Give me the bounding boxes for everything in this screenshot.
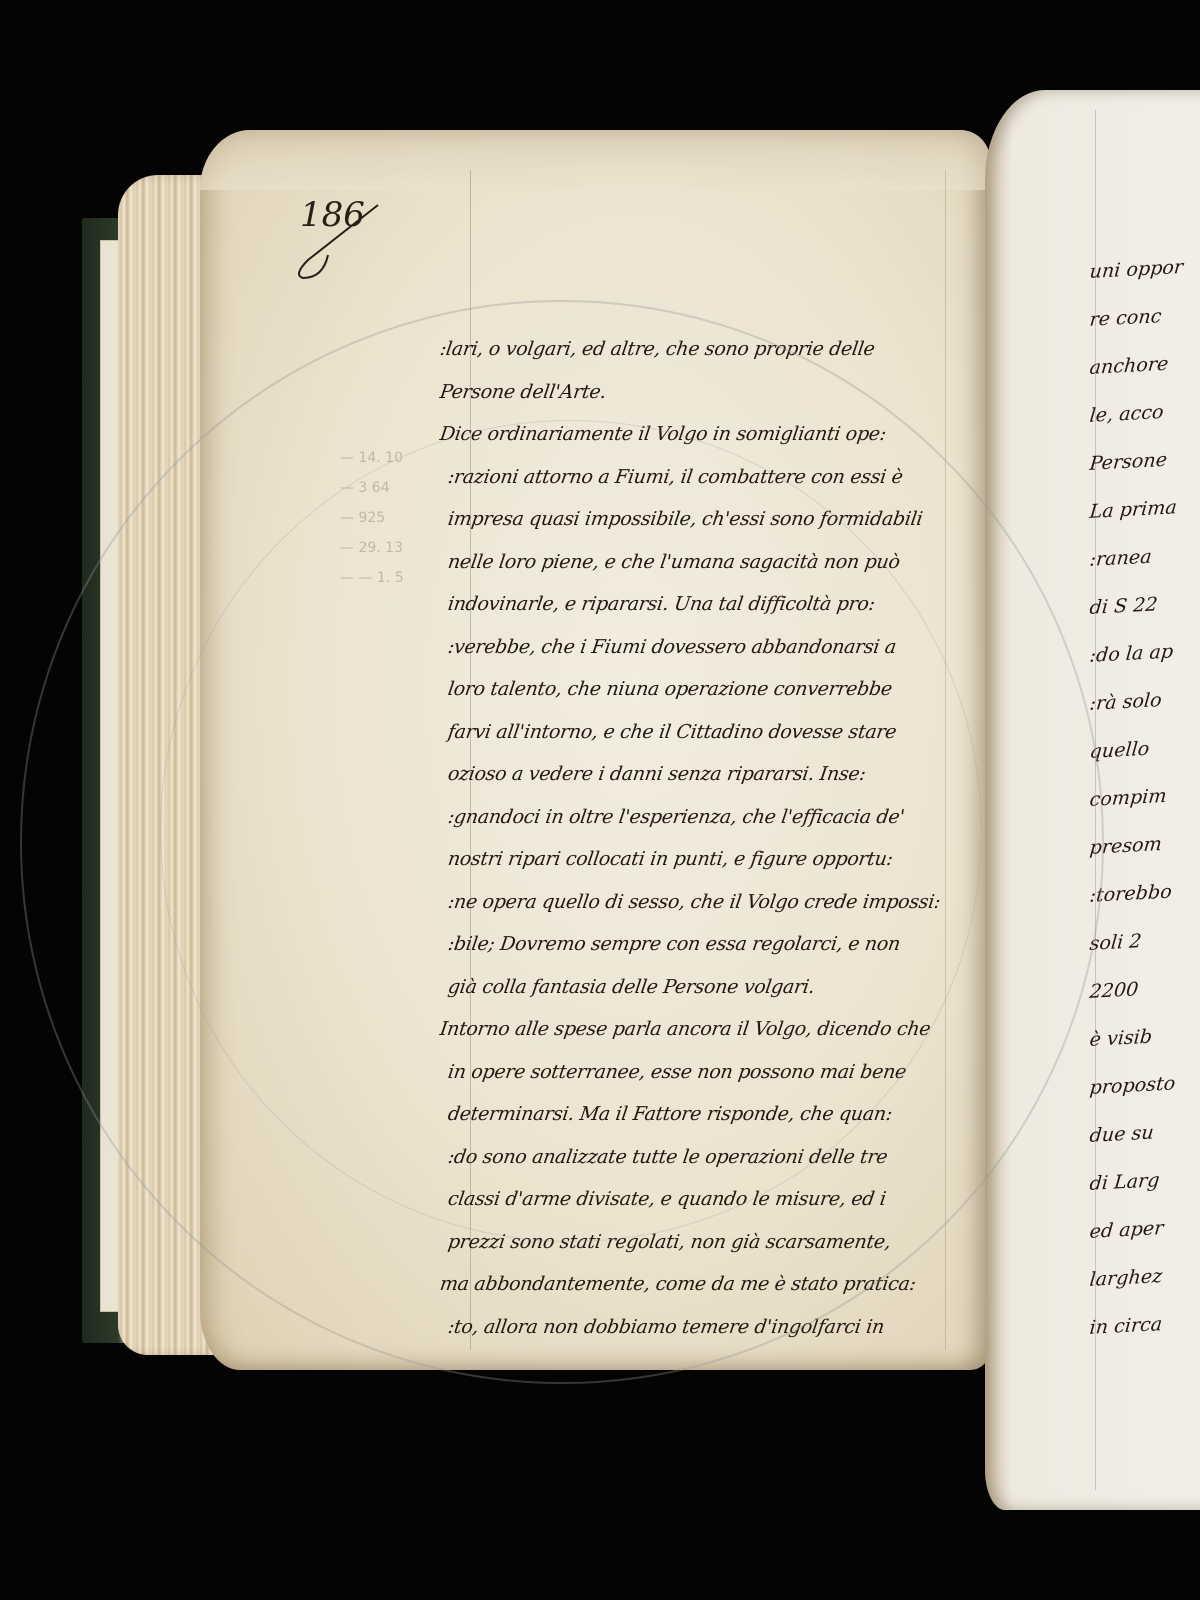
text-line: di S 22 — [1088, 578, 1200, 632]
text-line: 2200 — [1088, 962, 1200, 1016]
text-line: è visib — [1088, 1010, 1200, 1064]
text-line: compim — [1088, 770, 1200, 824]
text-line: uni oppor — [1088, 242, 1200, 296]
text-line: larghez — [1088, 1250, 1200, 1304]
text-line: re conc — [1088, 290, 1200, 344]
text-line: :do la ap — [1088, 626, 1200, 680]
text-line: di Larg — [1088, 1154, 1200, 1208]
folio-number: 186 — [300, 195, 365, 235]
text-line: le, acco — [1088, 386, 1200, 440]
text-line: due su — [1088, 1106, 1200, 1160]
text-line: :ranea — [1088, 530, 1200, 584]
right-page-text: uni oppor re conc anchore le, acco Perso… — [1090, 245, 1200, 1349]
text-line: anchore — [1088, 338, 1200, 392]
text-line: :rà solo — [1088, 674, 1200, 728]
text-line: presom — [1088, 818, 1200, 872]
text-line: Persone — [1088, 434, 1200, 488]
text-line: soli 2 — [1088, 914, 1200, 968]
text-line: in circa — [1088, 1298, 1200, 1352]
text-line: proposto — [1088, 1058, 1200, 1112]
manuscript-photo: — 14. 10 — 3 64 — 925 — 29. 13 — — 1. 5 … — [0, 0, 1200, 1600]
text-line: ed aper — [1088, 1202, 1200, 1256]
text-line: quello — [1088, 722, 1200, 776]
archive-watermark-inner-ring — [160, 420, 982, 1242]
text-line: :torebbo — [1088, 866, 1200, 920]
text-line: La prima — [1088, 482, 1200, 536]
